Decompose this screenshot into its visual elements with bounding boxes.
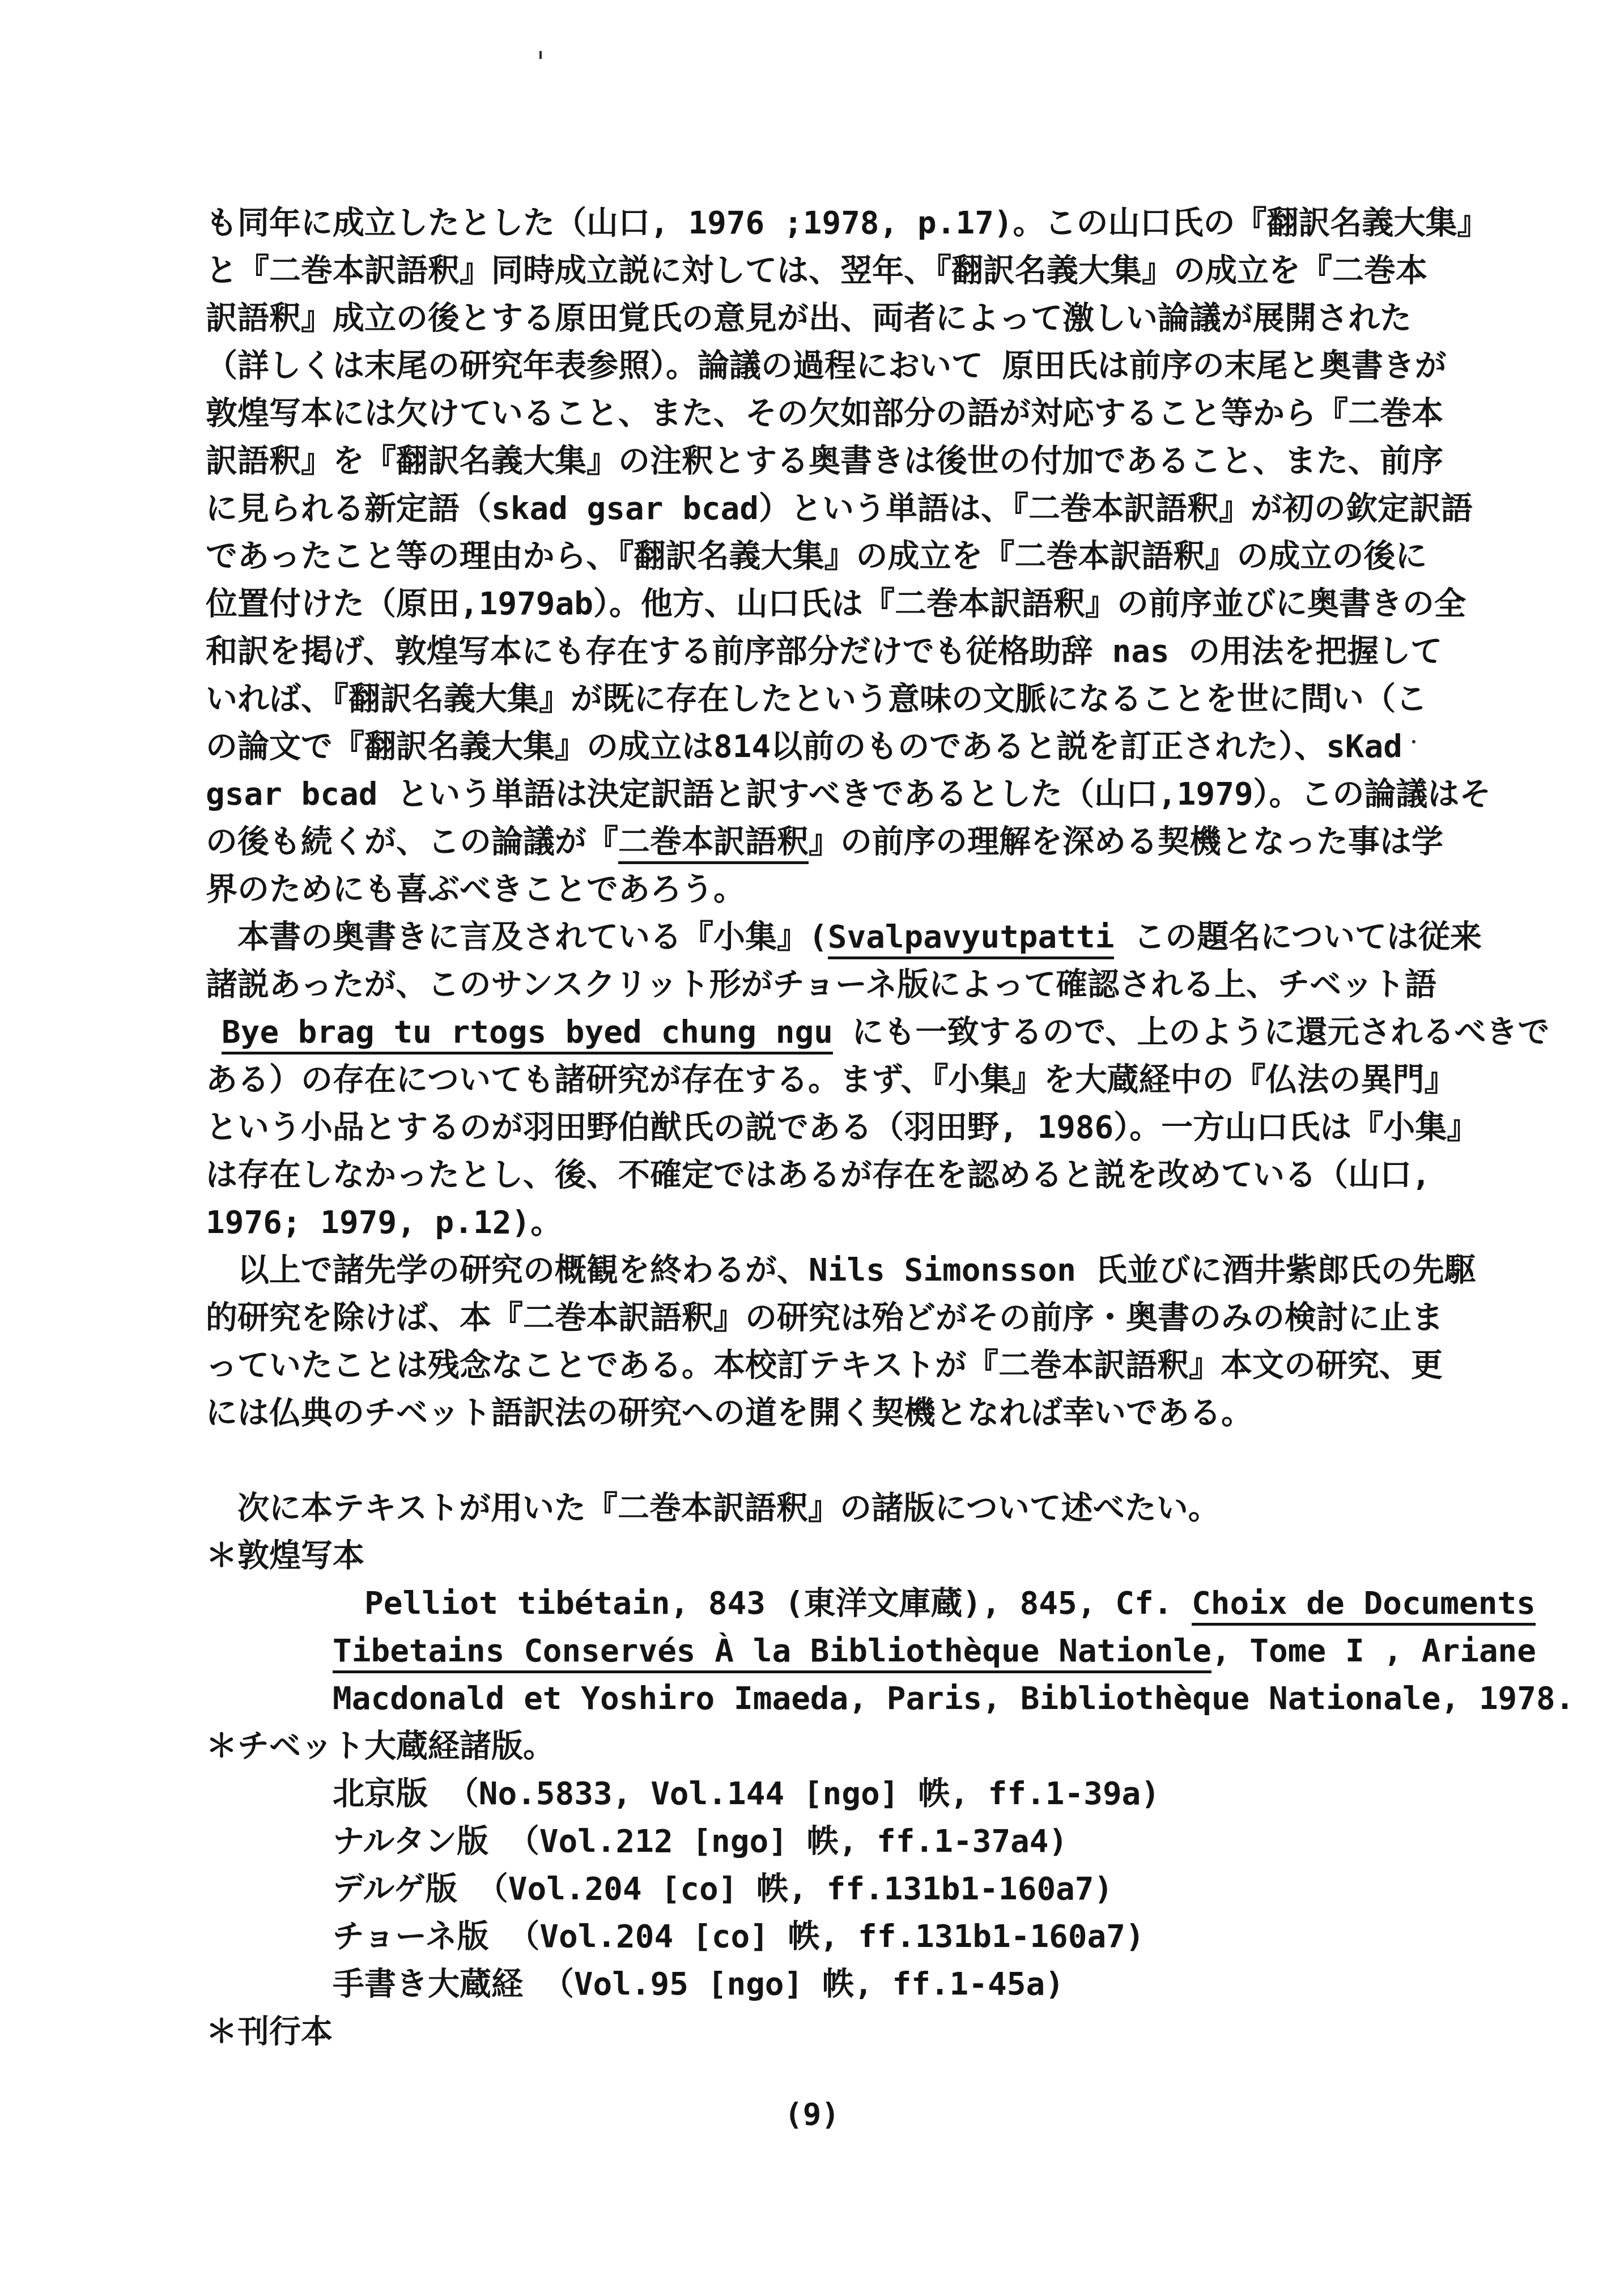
text-line: 和訳を掲げ、敦煌写本にも存在する前序部分だけでも従格助辞 nas の用法を把握し… bbox=[206, 628, 1435, 675]
text-line: Bye brag tu rtogs byed chung ngu にも一致するの… bbox=[206, 1009, 1435, 1056]
text-segment: （詳しくは末尾の研究年表参照）。論議の過程において 原田氏は前序の末尾と奥書きが bbox=[206, 347, 1447, 384]
text-line: ＊刊行本 bbox=[206, 2008, 1435, 2056]
text-line: の後も続くが、この論議が『二巻本訳語釈』の前序の理解を深める契機となった事は学 bbox=[206, 818, 1435, 866]
text-line: であったこと等の理由から、『翻訳名義大集』の成立を『二巻本訳語釈』の成立の後に bbox=[206, 533, 1435, 580]
text-line: Tibetains Conservés À la Bibliothèque Na… bbox=[206, 1627, 1435, 1675]
text-segment: 位置付けた（原田,1979ab）。他方、山口氏は『二巻本訳語釈』の前序並びに奥書… bbox=[206, 585, 1466, 622]
text-segment: にも一致するので、上のように還元されるべきで bbox=[833, 1014, 1550, 1051]
text-line: 次に本テキストが用いた『二巻本訳語釈』の諸版について述べたい。 bbox=[206, 1485, 1435, 1532]
text-segment: Macdonald et Yoshiro Imaeda, Paris, Bibl… bbox=[333, 1680, 1574, 1717]
text-line: 位置付けた（原田,1979ab）。他方、山口氏は『二巻本訳語釈』の前序並びに奥書… bbox=[206, 580, 1435, 628]
scan-speck bbox=[539, 51, 542, 59]
text-segment: デルゲ版 （Vol.204 [co] 帙, ff.131b1-160a7) bbox=[333, 1870, 1113, 1907]
text-segment: 界のためにも喜ぶべきことであろう。 bbox=[206, 871, 745, 908]
text-line: 本書の奥書きに言及されている『小集』(Svalpavyutpatti この題名に… bbox=[206, 913, 1435, 961]
text-line: （詳しくは末尾の研究年表参照）。論議の過程において 原田氏は前序の末尾と奥書きが bbox=[206, 342, 1435, 390]
text-segment: チョーネ版 （Vol.204 [co] 帙, ff.131b1-160a7) bbox=[333, 1918, 1145, 1955]
underlined-text: Choix de Documents bbox=[1192, 1585, 1536, 1626]
text-line: いれば、『翻訳名義大集』が既に存在したという意味の文脈になることを世に問い（こ bbox=[206, 675, 1435, 723]
text-line: gsar bcad という単語は決定訳語と訳すべきであるとした（山口,1979）… bbox=[206, 771, 1435, 818]
text-segment: ＊刊行本 bbox=[206, 2013, 333, 2050]
text-segment: 的研究を除けば、本『二巻本訳語釈』の研究は殆どがその前序・奥書のみの検討に止ま bbox=[206, 1299, 1443, 1336]
text-segment: 手書き大蔵経 （Vol.95 [ngo] 帙, ff.1-45a) bbox=[333, 1966, 1064, 2002]
text-line: ＊チベット大蔵経諸版。 bbox=[206, 1723, 1435, 1770]
text-line: 諸説あったが、このサンスクリット形がチョーネ版によって確認される上、チベット語 bbox=[206, 961, 1435, 1009]
text-line: 敦煌写本には欠けていること、また、その欠如部分の語が対応すること等から『二巻本 bbox=[206, 390, 1435, 437]
text-segment: 本書の奥書きに言及されている『小集』( bbox=[237, 919, 828, 955]
text-segment: この題名については従来 bbox=[1114, 919, 1482, 955]
text-segment: も同年に成立したとした（山口, 1976 ;1978, p.17)。この山口氏の… bbox=[206, 205, 1489, 241]
text-line: 界のためにも喜ぶべきことであろう。 bbox=[206, 866, 1435, 913]
text-segment: ナルタン版 （Vol.212 [ngo] 帙, ff.1-37a4) bbox=[333, 1823, 1068, 1860]
text-segment: 次に本テキストが用いた『二巻本訳語釈』の諸版について述べたい。 bbox=[237, 1490, 1220, 1527]
text-line: の論文で『翻訳名義大集』の成立は814以前のものであると説を訂正された）、sKa… bbox=[206, 723, 1435, 771]
text-segment: , Tome I , Ariane bbox=[1211, 1632, 1536, 1669]
text-segment: 和訳を掲げ、敦煌写本にも存在する前序部分だけでも従格助辞 nas の用法を把握し… bbox=[206, 633, 1442, 670]
text-segment: っていたことは残念なことである。本校訂テキストが『二巻本訳語釈』本文の研究、更 bbox=[206, 1347, 1443, 1384]
text-segment: 以上で諸先学の研究の概観を終わるが、Nils Simonsson 氏並びに酒井紫… bbox=[237, 1252, 1476, 1289]
text-line: 的研究を除けば、本『二巻本訳語釈』の研究は殆どがその前序・奥書のみの検討に止ま bbox=[206, 1294, 1435, 1342]
text-segment: に見られる新定語（skad gsar bcad）という単語は、『二巻本訳語釈』が… bbox=[206, 490, 1473, 527]
text-segment: 』の前序の理解を深める契機となった事は学 bbox=[809, 823, 1443, 860]
underlined-text: 二巻本訳語釈 bbox=[618, 823, 809, 864]
text-line: ナルタン版 （Vol.212 [ngo] 帙, ff.1-37a4) bbox=[206, 1818, 1435, 1865]
text-line: チョーネ版 （Vol.204 [co] 帙, ff.131b1-160a7) bbox=[206, 1913, 1435, 1961]
text-segment: という小品とするのが羽田野伯猷氏の説である（羽田野, 1986）。一方山口氏は『… bbox=[206, 1109, 1478, 1146]
text-segment: ある）の存在についても諸研究が存在する。まず、『小集』を大蔵経中の『仏法の異門』 bbox=[206, 1061, 1456, 1098]
blank-line bbox=[206, 1437, 1435, 1485]
text-segment: 1976; 1979, p.12)。 bbox=[206, 1204, 562, 1241]
text-segment: 敦煌写本には欠けていること、また、その欠如部分の語が対応すること等から『二巻本 bbox=[206, 395, 1443, 432]
text-segment: の論文で『翻訳名義大集』の成立は814以前のものであると説を訂正された）、sKa… bbox=[206, 728, 1402, 765]
page-number: (9) bbox=[0, 2097, 1624, 2132]
scan-speck bbox=[1412, 740, 1415, 743]
text-segment: は存在しなかったとし、後、不確定ではあるが存在を認めると説を改めている（山口, bbox=[206, 1156, 1431, 1193]
text-line: 1976; 1979, p.12)。 bbox=[206, 1199, 1435, 1247]
text-segment: 北京版 （No.5833, Vol.144 [ngo] 帙, ff.1-39a) bbox=[333, 1775, 1160, 1812]
underlined-text: Tibetains Conservés À la Bibliothèque Na… bbox=[333, 1632, 1211, 1673]
document-body: も同年に成立したとした（山口, 1976 ;1978, p.17)。この山口氏の… bbox=[206, 199, 1435, 2056]
text-line: ＊敦煌写本 bbox=[206, 1532, 1435, 1580]
text-line: っていたことは残念なことである。本校訂テキストが『二巻本訳語釈』本文の研究、更 bbox=[206, 1342, 1435, 1389]
text-segment: 訳語釈』を『翻訳名義大集』の注釈とする奥書きは後世の付加であること、また、前序 bbox=[206, 443, 1443, 479]
text-segment: ＊敦煌写本 bbox=[206, 1537, 364, 1574]
underlined-text: Svalpavyutpatti bbox=[828, 919, 1115, 959]
text-segment: いれば、『翻訳名義大集』が既に存在したという意味の文脈になることを世に問い（こ bbox=[206, 681, 1427, 717]
text-line: という小品とするのが羽田野伯猷氏の説である（羽田野, 1986）。一方山口氏は『… bbox=[206, 1104, 1435, 1151]
text-line: Pelliot tibétain, 843 (東洋文庫蔵), 845, Cf. … bbox=[206, 1580, 1435, 1627]
text-line: デルゲ版 （Vol.204 [co] 帙, ff.131b1-160a7) bbox=[206, 1865, 1435, 1913]
text-segment: 訳語釈』成立の後とする原田覚氏の意見が出、両者によって激しい論議が展開された bbox=[206, 300, 1412, 337]
text-line: も同年に成立したとした（山口, 1976 ;1978, p.17)。この山口氏の… bbox=[206, 199, 1435, 247]
text-segment: 諸説あったが、このサンスクリット形がチョーネ版によって確認される上、チベット語 bbox=[206, 966, 1436, 1003]
text-segment: の後も続くが、この論議が『 bbox=[206, 823, 618, 860]
text-line: 手書き大蔵経 （Vol.95 [ngo] 帙, ff.1-45a) bbox=[206, 1961, 1435, 2008]
text-line: と『二巻本訳語釈』同時成立説に対しては、翌年、『翻訳名義大集』の成立を『二巻本 bbox=[206, 247, 1435, 295]
text-line: 北京版 （No.5833, Vol.144 [ngo] 帙, ff.1-39a) bbox=[206, 1770, 1435, 1818]
text-line: Macdonald et Yoshiro Imaeda, Paris, Bibl… bbox=[206, 1675, 1435, 1723]
text-line: 以上で諸先学の研究の概観を終わるが、Nils Simonsson 氏並びに酒井紫… bbox=[206, 1247, 1435, 1294]
text-segment: と『二巻本訳語釈』同時成立説に対しては、翌年、『翻訳名義大集』の成立を『二巻本 bbox=[206, 252, 1427, 289]
text-segment: ＊チベット大蔵経諸版。 bbox=[206, 1728, 555, 1764]
text-line: 訳語釈』成立の後とする原田覚氏の意見が出、両者によって激しい論議が展開された bbox=[206, 295, 1435, 342]
text-line: には仏典のチベット語訳法の研究への道を開く契機となれば幸いである。 bbox=[206, 1389, 1435, 1437]
text-segment: には仏典のチベット語訳法の研究への道を開く契機となれば幸いである。 bbox=[206, 1394, 1253, 1431]
text-segment: Pelliot tibétain, 843 (東洋文庫蔵), 845, Cf. bbox=[364, 1585, 1192, 1622]
text-line: ある）の存在についても諸研究が存在する。まず、『小集』を大蔵経中の『仏法の異門』 bbox=[206, 1056, 1435, 1104]
text-segment: gsar bcad という単語は決定訳語と訳すべきであるとした（山口,1979）… bbox=[206, 776, 1491, 813]
text-line: は存在しなかったとし、後、不確定ではあるが存在を認めると説を改めている（山口, bbox=[206, 1151, 1435, 1199]
text-segment: であったこと等の理由から、『翻訳名義大集』の成立を『二巻本訳語釈』の成立の後に bbox=[206, 538, 1427, 575]
underlined-text: Bye brag tu rtogs byed chung ngu bbox=[222, 1014, 833, 1055]
text-line: に見られる新定語（skad gsar bcad）という単語は、『二巻本訳語釈』が… bbox=[206, 485, 1435, 533]
text-line: 訳語釈』を『翻訳名義大集』の注釈とする奥書きは後世の付加であること、また、前序 bbox=[206, 437, 1435, 485]
